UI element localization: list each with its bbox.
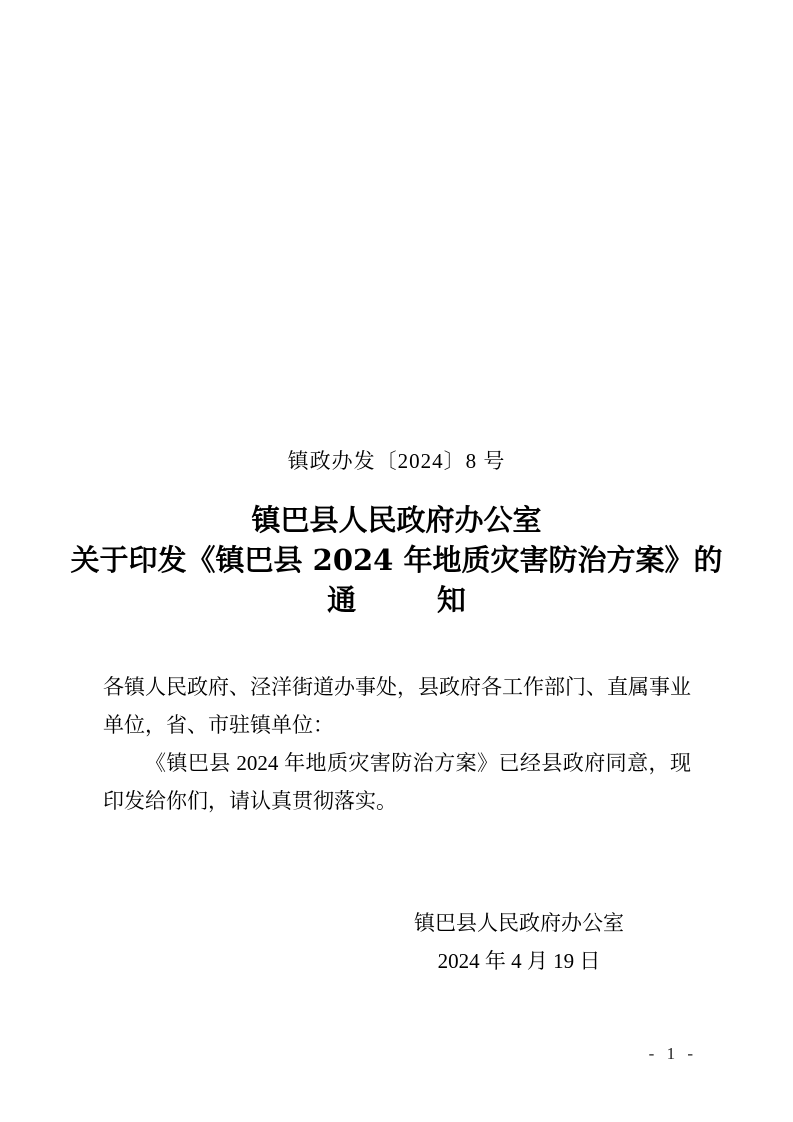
body-paragraph: 《镇巴县 2024 年地质灾害防治方案》已经县政府同意，现印发给你们，请认真贯彻…	[103, 744, 691, 820]
signature-block: 镇巴县人民政府办公室 2024 年 4 月 19 日	[411, 904, 627, 980]
body-text: 各镇人民政府、泾洋街道办事处，县政府各工作部门、直属事业单位，省、市驻镇单位： …	[103, 668, 691, 820]
issue-date: 2024 年 4 月 19 日	[411, 942, 627, 980]
document-page: 镇政办发〔2024〕8 号 镇巴县人民政府办公室 关于印发《镇巴县 2024 年…	[0, 0, 793, 1122]
document-title: 镇巴县人民政府办公室 关于印发《镇巴县 2024 年地质灾害防治方案》的 通 知	[40, 500, 753, 620]
page-number: - 1 -	[649, 1044, 697, 1064]
title-line-1: 镇巴县人民政府办公室	[40, 500, 753, 540]
title-line-2: 关于印发《镇巴县 2024 年地质灾害防治方案》的	[40, 540, 753, 580]
salutation-paragraph: 各镇人民政府、泾洋街道办事处，县政府各工作部门、直属事业单位，省、市驻镇单位：	[103, 668, 691, 744]
doc-number: 镇政办发〔2024〕8 号	[0, 448, 793, 474]
issuer-name: 镇巴县人民政府办公室	[411, 904, 627, 942]
title-line-3: 通 知	[40, 580, 753, 620]
